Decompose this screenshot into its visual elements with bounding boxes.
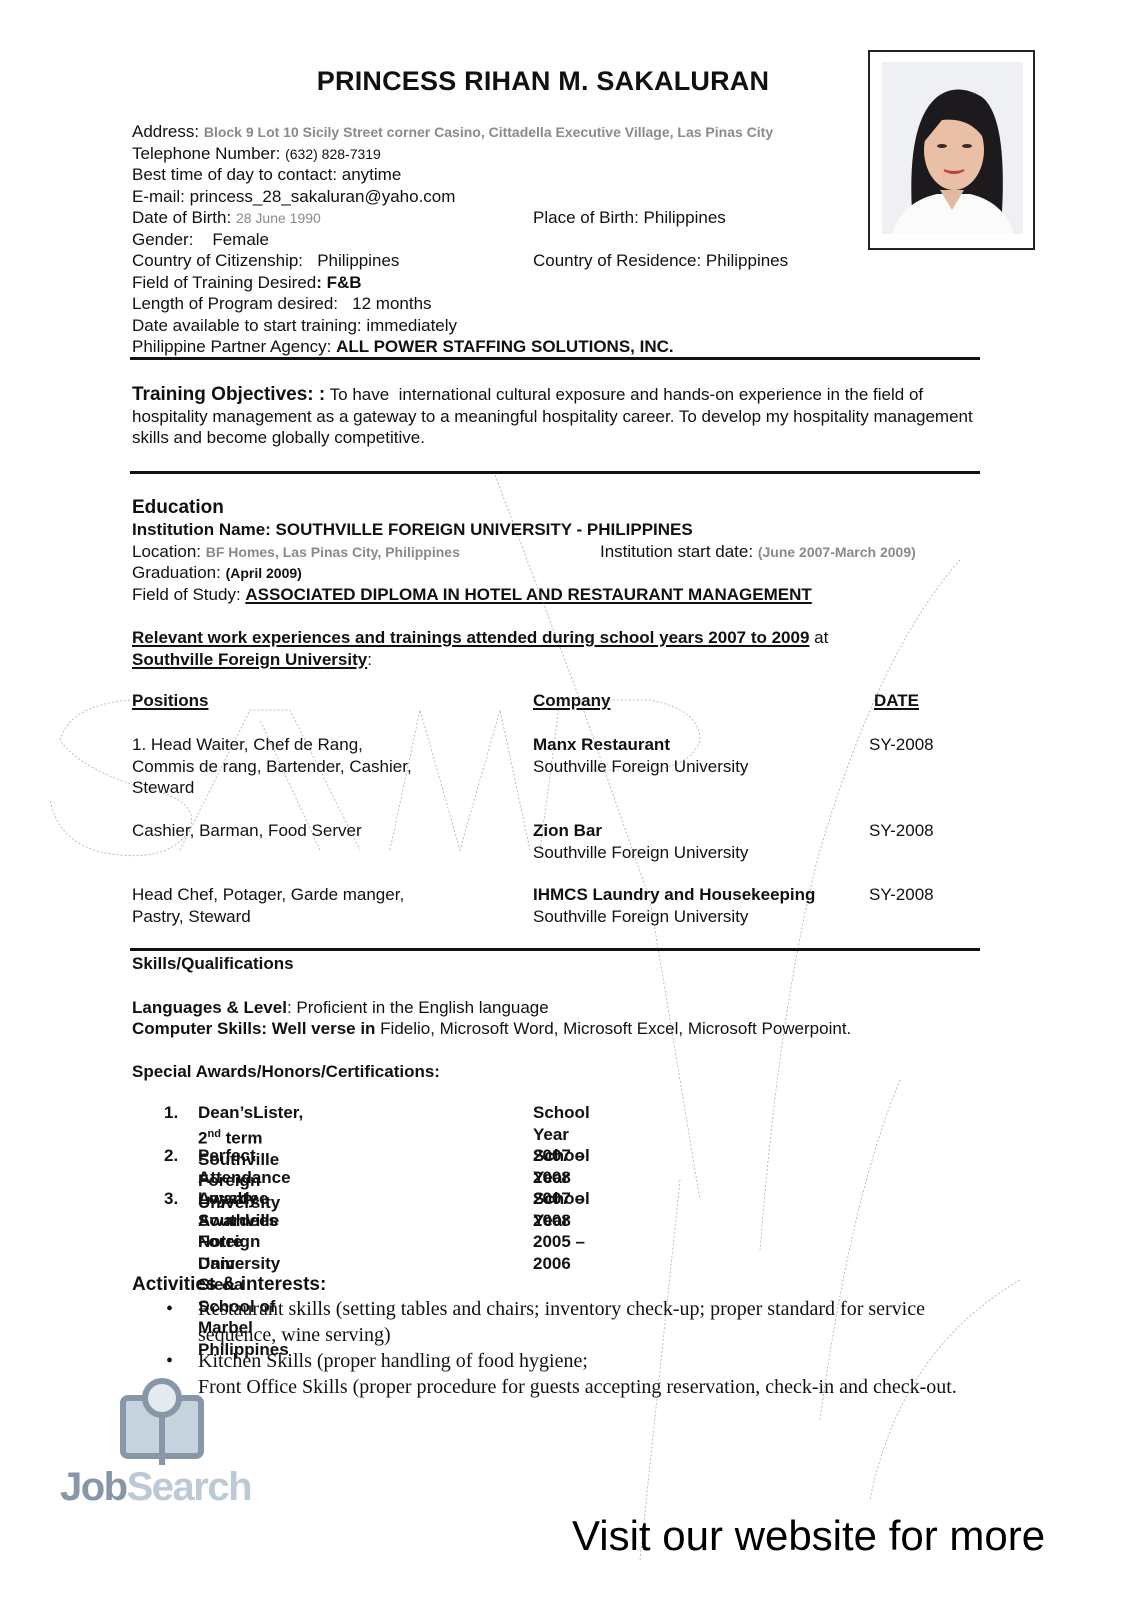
bullet-icon: • xyxy=(166,1348,173,1374)
award-number: 3. xyxy=(164,1188,178,1210)
dob-row: Date of Birth: 28 June 1990 Place of Bir… xyxy=(132,207,773,229)
divider xyxy=(130,948,980,951)
field-of-study-label: Field of Study: xyxy=(132,585,245,604)
graduation-value: (April 2009) xyxy=(226,565,302,581)
activities-heading: Activities & interests: xyxy=(132,1274,958,1296)
email-row: E-mail: princess_28_sakaluran@yaho.com xyxy=(132,186,773,208)
awards-heading: Special Awards/Honors/Certifications: xyxy=(132,1061,851,1083)
bullet-icon: • xyxy=(166,1296,173,1322)
date-header: DATE xyxy=(874,691,919,711)
citizenship: Country of Citizenship: Philippines xyxy=(132,251,399,270)
dob-value: 28 June 1990 xyxy=(236,210,321,226)
company-school: Southville Foreign University xyxy=(533,906,815,928)
address-label: Address: xyxy=(132,122,199,141)
activity-item: •Restaurant skills (setting tables and c… xyxy=(132,1296,958,1348)
institution-name: Institution Name: SOUTHVILLE FOREIGN UNI… xyxy=(132,519,812,541)
start-date-value: (June 2007-March 2009) xyxy=(758,544,916,560)
company-school: Southville Foreign University xyxy=(533,756,748,778)
gender-row: Gender: Female xyxy=(132,229,773,251)
computer-skills-row: Computer Skills: Well verse in Fidelio, … xyxy=(132,1018,851,1040)
award-year: School Year 2005 – 2006 xyxy=(533,1188,590,1274)
best-time-row: Best time of day to contact: anytime xyxy=(132,164,773,186)
visit-website-cta[interactable]: Visit our website for more xyxy=(572,1512,1045,1560)
agency-row: Philippine Partner Agency: ALL POWER STA… xyxy=(132,336,773,358)
citizenship-row: Country of Citizenship: Philippines Coun… xyxy=(132,250,773,272)
start-date-label: Institution start date: xyxy=(600,542,753,561)
place-of-birth: Place of Birth: Philippines xyxy=(533,207,726,229)
positions-header: Positions xyxy=(132,691,209,711)
languages-value: : Proficient in the English language xyxy=(287,998,549,1017)
activity-text: Restaurant skills (setting tables and ch… xyxy=(198,1298,925,1346)
objectives-heading: Training Objectives: : xyxy=(132,384,325,405)
telephone-label: Telephone Number: xyxy=(132,144,280,163)
company-name: Manx Restaurant xyxy=(533,734,748,756)
table-row-positions: Cashier, Barman, Food Server xyxy=(132,820,362,842)
skills-heading: Skills/Qualifications xyxy=(132,953,851,975)
field-value: : F&B xyxy=(316,273,361,292)
relevant-line1: Relevant work experiences and trainings … xyxy=(132,628,809,647)
divider xyxy=(130,471,980,474)
table-row-positions: Head Chef, Potager, Garde manger, Pastry… xyxy=(132,884,404,927)
computer-skills-value: Fidelio, Microsoft Word, Microsoft Excel… xyxy=(375,1019,851,1038)
award-number: 2. xyxy=(164,1145,178,1167)
position-line: Cashier, Barman, Food Server xyxy=(132,820,362,842)
education-heading: Education xyxy=(132,497,812,519)
length-row: Length of Program desired: 12 months xyxy=(132,293,773,315)
location-label: Location: xyxy=(132,542,201,561)
telephone-row: Telephone Number: (632) 828-7319 xyxy=(132,143,773,165)
award-title-text: Loyalty Awardees xyxy=(198,1189,278,1230)
activity-text: Front Office Skills (proper procedure fo… xyxy=(198,1376,957,1398)
award-title-sup: nd xyxy=(207,1128,220,1140)
relevant-line1-tail: at xyxy=(809,628,828,647)
company-school: Southville Foreign University xyxy=(533,842,748,864)
personal-info: Address: Block 9 Lot 10 Sicily Street co… xyxy=(132,121,773,358)
graduation-row: Graduation: (April 2009) xyxy=(132,562,812,584)
profile-photo xyxy=(882,62,1023,234)
agency-label: Philippine Partner Agency: xyxy=(132,337,336,356)
table-row-company: Manx Restaurant Southville Foreign Unive… xyxy=(533,734,748,777)
company-name: IHMCS Laundry and Housekeeping xyxy=(533,884,815,906)
position-line: 1. Head Waiter, Chef de Rang, xyxy=(132,734,412,756)
dob-label: Date of Birth: xyxy=(132,208,231,227)
computer-skills-label: Computer Skills: Well verse in xyxy=(132,1019,375,1038)
profile-photo-frame xyxy=(868,50,1035,250)
logo-search: Search xyxy=(127,1465,251,1509)
address-row: Address: Block 9 Lot 10 Sicily Street co… xyxy=(132,121,773,143)
logo-job: Job xyxy=(60,1465,127,1509)
table-row-date: SY-2008 xyxy=(869,820,934,842)
divider xyxy=(130,357,980,360)
location-value: BF Homes, Las Pinas City, Philippines xyxy=(206,544,460,560)
location-row: Location: BF Homes, Las Pinas City, Phil… xyxy=(132,541,812,563)
position-line: Commis de rang, Bartender, Cashier, xyxy=(132,756,412,778)
activity-text: Kitchen Skills (proper handling of food … xyxy=(198,1350,588,1372)
field-of-study-row: Field of Study: ASSOCIATED DIPLOMA IN HO… xyxy=(132,584,812,606)
date-available-row: Date available to start training: immedi… xyxy=(132,315,773,337)
award-number: 1. xyxy=(164,1102,178,1124)
education-section: Education Institution Name: SOUTHVILLE F… xyxy=(132,497,812,605)
field-of-training-row: Field of Training Desired: F&B xyxy=(132,272,773,294)
company-name: Zion Bar xyxy=(533,820,748,842)
relevant-experience-heading: Relevant work experiences and trainings … xyxy=(132,627,828,670)
relevant-line2: Southville Foreign University xyxy=(132,650,367,669)
company-header: Company xyxy=(533,691,610,711)
table-row-company: IHMCS Laundry and Housekeeping Southvill… xyxy=(533,884,815,927)
residence: Country of Residence: Philippines xyxy=(533,250,788,272)
table-row-company: Zion Bar Southville Foreign University xyxy=(533,820,748,863)
field-label: Field of Training Desired xyxy=(132,273,316,292)
table-row-date: SY-2008 xyxy=(869,884,934,906)
agency-value: ALL POWER STAFFING SOLUTIONS, INC. xyxy=(336,337,673,356)
telephone-value: (632) 828-7319 xyxy=(285,146,381,162)
graduation-label: Graduation: xyxy=(132,563,221,582)
position-line: Steward xyxy=(132,777,412,799)
languages-label: Languages & Level xyxy=(132,998,287,1017)
field-of-study-value: ASSOCIATED DIPLOMA IN HOTEL AND RESTAURA… xyxy=(245,585,811,604)
relevant-line2-tail: : xyxy=(367,650,372,669)
table-row-date: SY-2008 xyxy=(869,734,934,756)
training-objectives: Training Objectives: : To have internati… xyxy=(132,384,992,449)
jobsearch-logo-text: JobSearch xyxy=(60,1465,251,1510)
position-line: Head Chef, Potager, Garde manger, xyxy=(132,884,404,906)
skills-section: Skills/Qualifications Languages & Level:… xyxy=(132,953,851,1082)
address-value: Block 9 Lot 10 Sicily Street corner Casi… xyxy=(204,124,773,140)
position-line: Pastry, Steward xyxy=(132,906,404,928)
table-row-positions: 1. Head Waiter, Chef de Rang, Commis de … xyxy=(132,734,412,799)
activity-item: •Kitchen Skills (proper handling of food… xyxy=(132,1348,958,1374)
languages-row: Languages & Level: Proficient in the Eng… xyxy=(132,997,851,1019)
